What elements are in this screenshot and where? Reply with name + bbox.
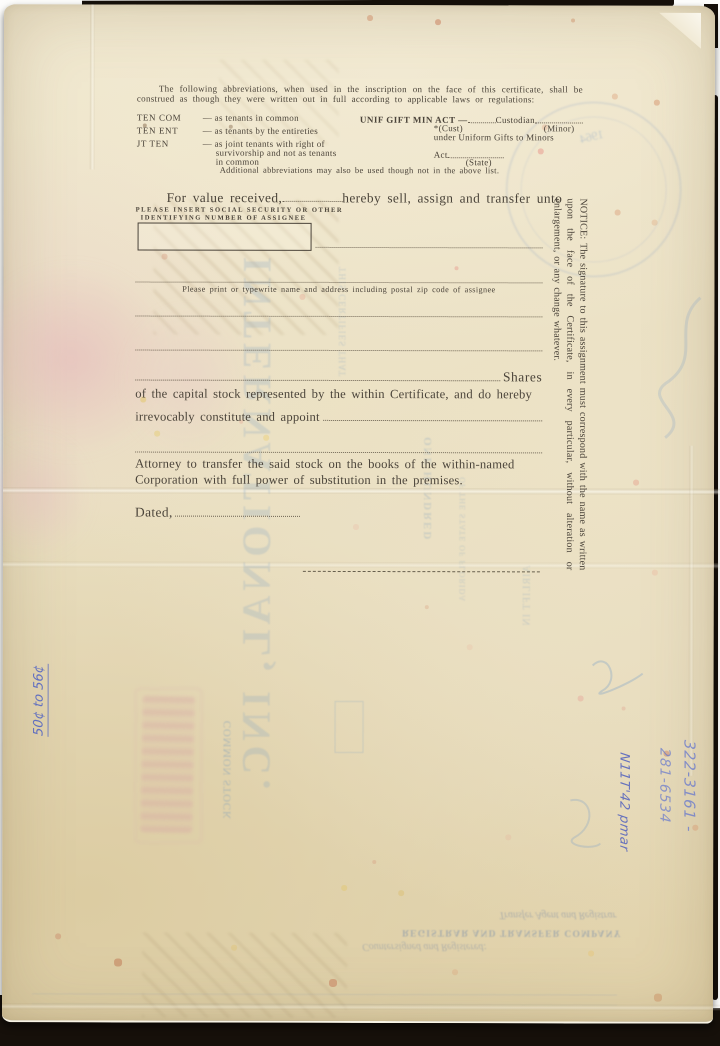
capital-stock-line: of the capital stock represented by the … [135,386,555,403]
for-value-prefix: For value received, [167,190,283,205]
for-value-suffix: hereby sell, assign and transfer unto [342,190,562,205]
abbrev-def: — as tenants by the entireties [203,127,318,137]
handwritten-reference-note: N11T'42 pmar [616,751,631,852]
attorney-line1: Attorney to transfer the said stock on t… [135,456,555,473]
cusip-box-ghost [334,701,363,753]
horizontal-fold-crease [3,561,720,569]
abbrev-term: JT TEN [137,140,169,150]
shares-amount-rule [135,369,500,381]
certificate-back-sheet: 1964 INTERNATIONAL, INC. COMMON STOCK TH… [2,4,715,1023]
dated-label: Dated, [135,505,173,521]
handwritten-price-note: 50¢ to 56¢ [32,662,49,736]
attorney-paragraph: Attorney to transfer the said stock on t… [135,456,555,489]
abbrev-def: — as tenants in common [203,114,299,124]
handwritten-number-note: 281-6534 [656,748,672,825]
folded-corner [659,13,701,49]
border-frame-ghost [32,993,617,1005]
appoint-line: irrevocably constitute and appoint [135,409,542,426]
unif-under-line: under Uniform Gifts to Minors [434,133,554,143]
additional-abbrev-note: Additional abbreviations may also be use… [220,165,500,176]
print-name-caption: Please print or typewrite name and addre… [135,285,542,295]
signature-notice: NOTICE: The signature to this assignment… [550,198,590,570]
assignee-id-number-box [138,223,312,251]
horizontal-fold-crease [3,487,720,495]
common-stock-ghost: COMMON STOCK [221,721,233,833]
abbrev-term: TEN COM [137,114,181,124]
abbrev-term: TEN ENT [137,127,178,137]
transfer-agent-ghost: Transfer Agent and Registrar [499,909,616,920]
ssn-label-line2: IDENTIFYING NUMBER OF ASSIGNEE [136,215,312,222]
ssn-label-line1: PLEASE INSERT SOCIAL SECURITY OR OTHER [136,207,344,214]
airlift-ghost: AIRLIFT IN [522,565,533,673]
dated-line: Dated, [135,505,300,522]
appoint-text: irrevocably constitute and appoint [135,409,320,425]
assignee-name-rule [316,247,543,248]
attorney-line2: Corporation with full power of substitut… [135,472,555,489]
shares-amount-ghost: ONE HUNDRED [422,437,434,552]
vertical-crease [688,446,694,776]
for-value-line: For value received,hereby sell, assign a… [167,190,563,207]
unif-act-label: Act [434,150,448,160]
signature-rule [303,571,540,572]
shares-line: Shares [135,369,542,386]
unif-custodian: Custodian [496,115,535,125]
seal-year-ghost: 1964 [578,127,605,147]
abbreviations-intro: The following abbreviations, when used i… [137,85,583,105]
date-rule [175,505,300,518]
company-title-ghost: INTERNATIONAL, INC. [232,257,280,819]
shares-label: Shares [500,369,542,385]
countersigned-ghost: Countersigned and Registered: [362,941,487,952]
registrar-company-ghost: REGISTRAR AND TRANSFER COMPANY [402,927,622,937]
attorney-name-rule [323,409,543,421]
vertical-crease [90,4,95,169]
handwritten-number-note: 322-3161 - [680,739,698,833]
red-stamp-ghost [140,695,195,833]
foxing-spots [4,4,6,6]
